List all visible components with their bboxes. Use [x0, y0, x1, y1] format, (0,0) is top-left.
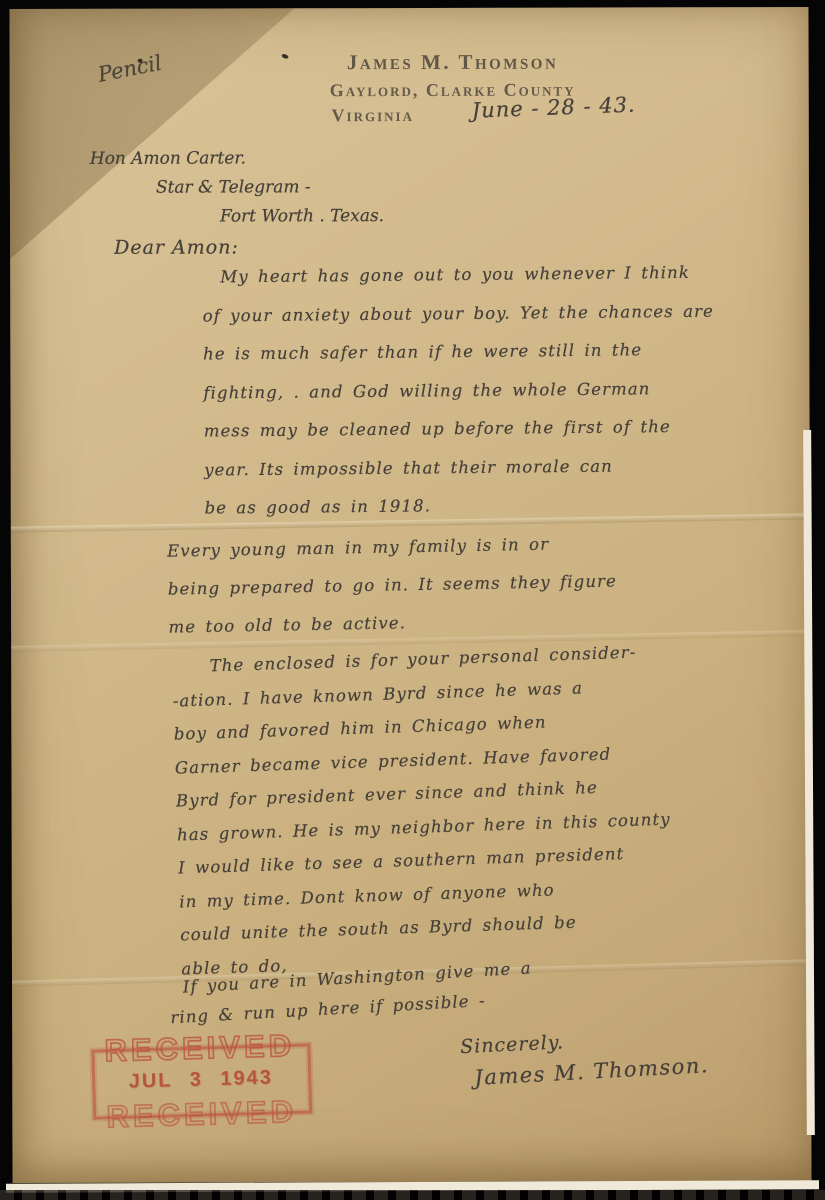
handwriting-line: of your anxiety about your boy. Yet the … [202, 292, 714, 335]
body-paragraph-2: Every young man in my family is in orbei… [167, 524, 618, 646]
signature: James M. Thomson. [474, 1053, 710, 1090]
recipient-city: Fort Worth . Texas. [220, 202, 384, 231]
handwriting-line: he is much safer than if he were still i… [203, 331, 715, 374]
scanned-letter-image: Pencil James M. Thomson Gaylord, Clarke … [0, 0, 825, 1200]
handwriting-line: My heart has gone out to you whenever I … [220, 254, 714, 297]
letterhead-name: James M. Thomson [238, 49, 668, 75]
recipient-organization: Star & Telegram - [156, 173, 384, 203]
body-paragraph-3: The enclosed is for your personal consid… [171, 635, 675, 986]
recipient-address: Hon Amon Carter. Star & Telegram - Fort … [90, 144, 384, 232]
handwriting-line: year. Its impossible that their morale c… [204, 446, 716, 489]
handwriting-line: mess may be cleaned up before the first … [204, 408, 716, 451]
received-stamp-word-bottom: RECEIVED [89, 1093, 315, 1135]
handwriting-line: fighting, . and God willing the whole Ge… [203, 369, 715, 412]
body-paragraph-1: My heart has gone out to you whenever I … [202, 254, 716, 528]
handwriting-line: be as good as in 1918. [204, 485, 716, 528]
received-date-stamp: RECEIVED JUL 3 1943 RECEIVED [87, 1029, 315, 1131]
recipient-name: Hon Amon Carter. [90, 144, 384, 174]
salutation: Dear Amon: [114, 236, 239, 258]
letter-page: Pencil James M. Thomson Gaylord, Clarke … [9, 7, 811, 1183]
letterhead-state: Virginia [238, 105, 508, 127]
scan-perforation-strip [0, 1190, 825, 1200]
valediction: Sincerely. [460, 1031, 565, 1058]
